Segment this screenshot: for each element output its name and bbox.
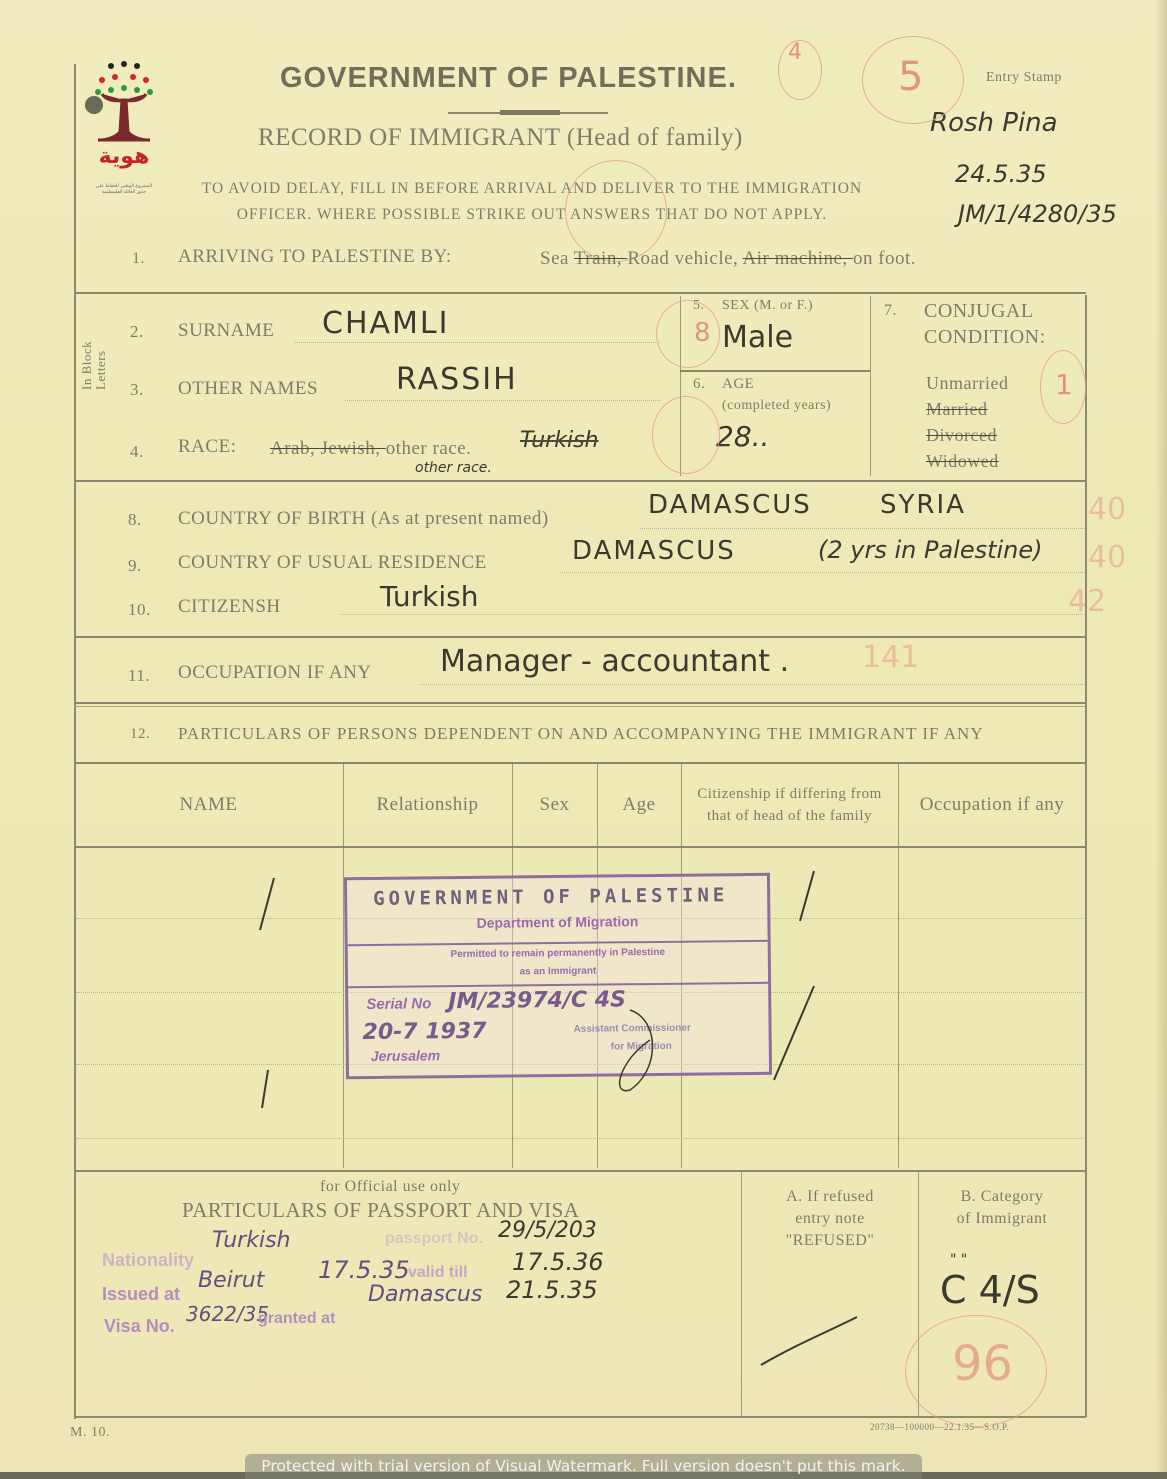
other-names-label: OTHER NAMES (178, 378, 318, 400)
race-label: RACE: (178, 436, 236, 458)
conjugal-label: CONJUGAL CONDITION: (924, 298, 1046, 350)
other-names-number: 3. (130, 380, 144, 400)
section-divider (74, 292, 1086, 294)
entry-stamp-label: Entry Stamp (986, 70, 1062, 86)
signature-mark (600, 1000, 680, 1100)
table-header-sex: Sex (512, 764, 597, 846)
section-divider (74, 480, 1086, 482)
permit-stamp-divider (348, 940, 768, 946)
section-divider-secondary (74, 706, 1086, 707)
refused-label-line1: A. If refused (742, 1186, 918, 1208)
table-header-name: NAME (74, 764, 343, 846)
tree-logo: هوية المشروع الوطني للحفاظ على جذور العا… (84, 60, 164, 200)
race-options: Arab, Jewish, other race. (270, 438, 471, 460)
granted-date: 21.5.35 (506, 1276, 598, 1304)
citizenship-rule (340, 614, 1085, 615)
option-married: Married (926, 396, 1008, 422)
residence-rule (560, 572, 1085, 573)
occupation-number: 11. (128, 666, 150, 686)
sex-value: Male (722, 320, 793, 355)
option-onfoot: on foot. (853, 248, 916, 269)
birth-value-country: SYRIA (880, 490, 966, 520)
age-label: AGE (722, 376, 754, 393)
permit-stamp-serial-label: Serial No (366, 995, 431, 1013)
citizenship-number: 10. (128, 600, 151, 620)
visa-value: 3622/35 (186, 1302, 269, 1326)
title-divider-accent (500, 110, 560, 115)
category-box-label: B. Category of Immigrant (919, 1186, 1085, 1230)
red-mark-4: 4 (788, 40, 802, 65)
race-number: 4. (130, 442, 144, 462)
permit-stamp-place: Jerusalem (371, 1047, 440, 1064)
occupation-value: Manager - accountant . (440, 644, 789, 679)
permit-stamp-date: 20-7 1937 (362, 1019, 486, 1045)
red-mark-conjugal: 1 (1055, 368, 1073, 401)
permit-stamp-line1: GOVERNMENT OF PALESTINE (373, 884, 728, 910)
red-mark-occupation: 141 (862, 640, 919, 675)
issued-at-value: Beirut (198, 1268, 264, 1293)
category-label-line1: B. Category (919, 1186, 1085, 1208)
table-header-occupation: Occupation if any (898, 764, 1086, 846)
issued-on-value: 17.5.35 (318, 1256, 410, 1284)
birth-rule (640, 528, 1085, 529)
red-circle-age (652, 396, 720, 474)
passport-number-value: 29/5/203 (498, 1218, 597, 1243)
sex-age-box-right (870, 296, 871, 476)
option-airmachine: Air machine, (743, 248, 853, 269)
conjugal-label-line2: CONDITION: (924, 324, 1046, 350)
print-code: 20738—100000—22.1.35—S.O.P. (870, 1422, 1009, 1432)
occupation-label: OCCUPATION IF ANY (178, 662, 372, 684)
form-number: M. 10. (70, 1425, 110, 1441)
birth-label: COUNTRY OF BIRTH (As at present named) (178, 508, 549, 530)
option-widowed: Widowed (926, 448, 1008, 474)
entry-stamp-place: Rosh Pina (930, 108, 1058, 138)
document-title: GOVERNMENT OF PALESTINE. (280, 62, 780, 95)
permit-stamp: GOVERNMENT OF PALESTINE Department of Mi… (344, 873, 772, 1079)
option-otherrace: other race. (386, 438, 472, 459)
age-sublabel: (completed years) (722, 398, 831, 414)
citizenship-dash-mark (780, 865, 830, 935)
section-divider (74, 702, 1086, 704)
red-mark-sex: 8 (694, 318, 711, 348)
nationality-label: Nationality (102, 1250, 194, 1271)
table-header-border (74, 846, 1086, 848)
granted-at-label: granted at (258, 1310, 335, 1328)
residence-number: 9. (128, 556, 142, 576)
watermark-banner: Protected with trial version of Visual W… (245, 1454, 922, 1479)
conjugal-label-line1: CONJUGAL (924, 298, 1046, 324)
granted-at-value: Damascus (368, 1282, 482, 1307)
red-mark-residence: 40 (1088, 540, 1126, 575)
sex-age-divider (680, 370, 870, 372)
document-page: هوية المشروع الوطني للحفاظ على جذور العا… (0, 0, 1167, 1479)
other-names-value: RASSIH (396, 362, 518, 397)
other-names-rule (345, 400, 660, 401)
surname-value: CHAMLI (322, 306, 449, 341)
option-arab: Arab, (270, 438, 320, 459)
residence-value: DAMASCUS (572, 536, 736, 566)
section-divider (74, 1170, 1086, 1172)
red-mark-birth: 40 (1088, 492, 1126, 527)
arriving-options: Sea Train, Road vehicle, Air machine, on… (540, 248, 916, 270)
instructions-line1: TO AVOID DELAY, FILL IN BEFORE ARRIVAL A… (132, 180, 932, 198)
frame-left-border (74, 64, 76, 1419)
sex-label: SEX (M. or F.) (722, 298, 813, 314)
birth-number: 8. (128, 510, 142, 530)
category-value: C 4/S (940, 1268, 1040, 1312)
surname-number: 2. (130, 322, 144, 342)
valid-until-label: valid till (408, 1264, 468, 1282)
conjugal-number: 7. (884, 302, 897, 320)
refused-label-line3: "REFUSED" (742, 1230, 918, 1252)
refused-label-line2: entry note (742, 1208, 918, 1230)
option-divorced: Divorced (926, 422, 1008, 448)
table-header-age: Age (597, 764, 681, 846)
nationality-value: Turkish (212, 1228, 290, 1253)
entry-stamp-date: 24.5.35 (955, 160, 1047, 188)
birth-value: DAMASCUS (648, 490, 812, 520)
entry-stamp-reference: JM/1/4280/35 (958, 200, 1117, 228)
age-value: 28.. (716, 420, 769, 453)
category-label-line2: of Immigrant (919, 1208, 1085, 1230)
residence-label: COUNTRY OF USUAL RESIDENCE (178, 552, 487, 574)
section-divider (74, 636, 1086, 638)
option-sea: Sea (540, 248, 574, 269)
occupation-rule (420, 684, 1085, 685)
conjugal-options: UnmarriedMarriedDivorcedWidowed (926, 370, 1008, 474)
arriving-label: ARRIVING TO PALESTINE BY: (178, 246, 452, 268)
red-mark-5: 5 (898, 54, 923, 100)
name-dash-mark (240, 870, 300, 940)
document-subtitle: RECORD OF IMMIGRANT (Head of family) (258, 124, 818, 152)
refused-dash-mark (755, 1305, 875, 1375)
permit-stamp-line3: Permitted to remain permanently in Pales… (348, 946, 768, 961)
permit-stamp-line4: as an Immigrant (348, 964, 768, 979)
refused-box-label: A. If refused entry note "REFUSED" (742, 1186, 918, 1252)
passport-number-label: passport No. (385, 1230, 483, 1248)
age-number: 6. (693, 376, 705, 393)
race-correction: other race. (415, 460, 492, 476)
table-header-relationship: Relationship (343, 764, 512, 846)
red-mark-citizenship: 42 (1068, 584, 1106, 619)
table-row-rule (76, 1138, 1084, 1139)
visa-label: Visa No. (104, 1316, 175, 1337)
issued-at-label: Issued at (102, 1284, 180, 1305)
residence-note: (2 yrs in Palestine) (818, 536, 1043, 564)
arriving-number: 1. (132, 250, 145, 268)
permit-stamp-line2: Department of Migration (347, 912, 767, 932)
option-train: Train, (574, 248, 627, 269)
option-jewish: Jewish, (320, 438, 385, 459)
dependents-heading: PARTICULARS OF PERSONS DEPENDENT ON AND … (178, 724, 984, 744)
race-value: Turkish (520, 428, 598, 453)
block-letters-note: In Block Letters (80, 320, 120, 390)
valid-until-value: 17.5.36 (512, 1248, 604, 1276)
official-caption: for Official use only (320, 1178, 460, 1196)
surname-label: SURNAME (178, 320, 274, 342)
citizenship-value: Turkish (380, 580, 478, 613)
category-ditto: " " (950, 1252, 967, 1268)
citizenship-label: CITIZENSH (178, 596, 281, 618)
surname-rule (295, 342, 660, 343)
option-unmarried: Unmarried (926, 370, 1008, 396)
logo-arabic-text: هوية (94, 144, 154, 169)
instructions-line2: OFFICER. WHERE POSSIBLE STRIKE OUT ANSWE… (132, 206, 932, 224)
red-mark-category: 96 (952, 1336, 1013, 1392)
name-dash-mark (240, 1060, 300, 1120)
red-circle-arriving (565, 160, 667, 262)
option-roadvehicle: Road vehicle, (627, 248, 742, 269)
dependents-number: 12. (130, 726, 150, 743)
frame-right-border (1085, 295, 1087, 1417)
table-header-citizenship: Citizenship if differing from that of he… (681, 764, 898, 846)
